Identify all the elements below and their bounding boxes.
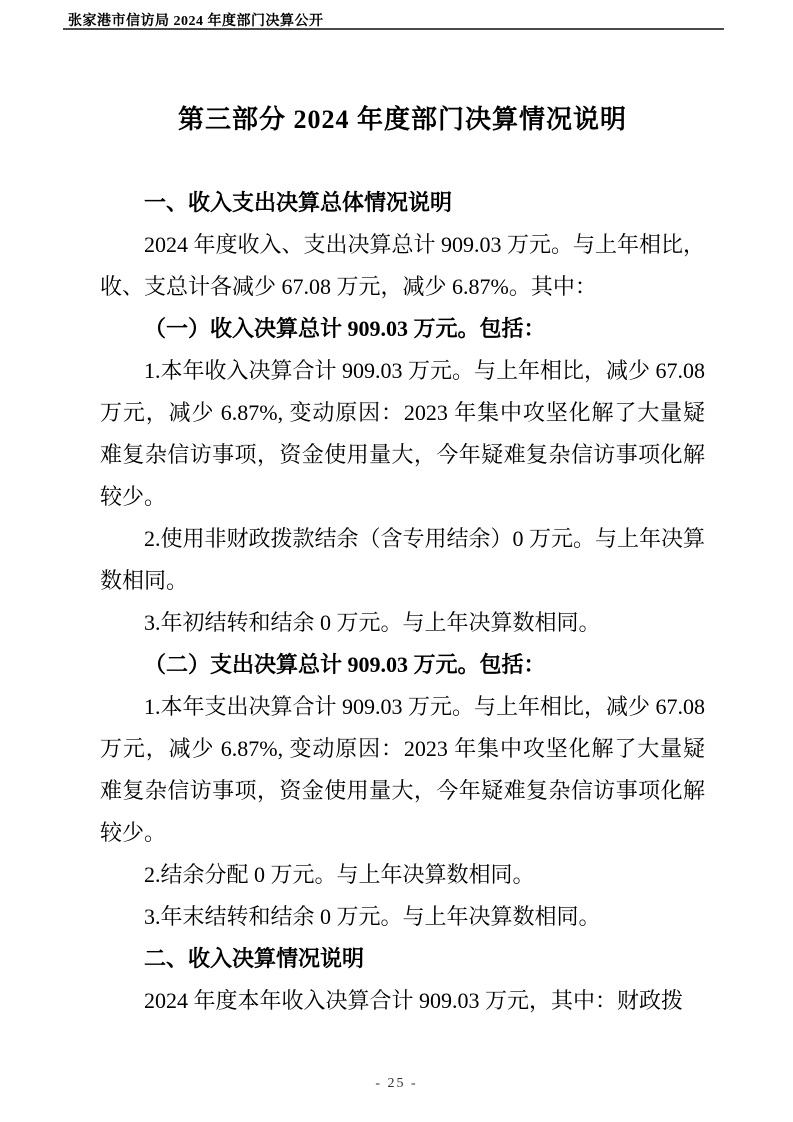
document-page: 张家港市信访局 2024 年度部门决算公开 第三部分 2024 年度部门决算情况…	[0, 0, 793, 1122]
body-paragraph-income-detail: 1.本年收入决算合计 909.03 万元。与上年相比，减少 67.08 万元，减…	[100, 350, 705, 518]
document-title: 第三部分 2024 年度部门决算情况说明	[100, 96, 705, 144]
section-heading-expenditure-total: （二）支出决算总计 909.03 万元。包括：	[100, 644, 705, 686]
section-heading-income-statement: 二、收入决算情况说明	[100, 938, 705, 980]
section-heading-income-total: （一）收入决算总计 909.03 万元。包括：	[100, 308, 705, 350]
body-paragraph-overview-totals: 2024 年度收入、支出决算总计 909.03 万元。与上年相比，收、支总计各减…	[100, 224, 705, 308]
header-divider	[63, 28, 724, 30]
body-paragraph-income-statement-intro: 2024 年度本年收入决算合计 909.03 万元，其中：财政拨	[100, 980, 705, 1022]
running-header: 张家港市信访局 2024 年度部门决算公开	[68, 10, 324, 30]
document-body: 第三部分 2024 年度部门决算情况说明 一、收入支出决算总体情况说明 2024…	[100, 96, 705, 1022]
page-number: - 25 -	[0, 1076, 793, 1092]
body-paragraph-yearend-carryover: 3.年末结转和结余 0 万元。与上年决算数相同。	[100, 896, 705, 938]
section-heading-income-expenditure-overview: 一、收入支出决算总体情况说明	[100, 182, 705, 224]
body-paragraph-surplus-distribution: 2.结余分配 0 万元。与上年决算数相同。	[100, 854, 705, 896]
body-paragraph-nonfiscal-carryover: 2.使用非财政拨款结余（含专用结余）0 万元。与上年决算数相同。	[100, 518, 705, 602]
body-paragraph-expenditure-detail: 1.本年支出决算合计 909.03 万元。与上年相比，减少 67.08 万元，减…	[100, 686, 705, 854]
body-paragraph-yearstart-carryover: 3.年初结转和结余 0 万元。与上年决算数相同。	[100, 602, 705, 644]
